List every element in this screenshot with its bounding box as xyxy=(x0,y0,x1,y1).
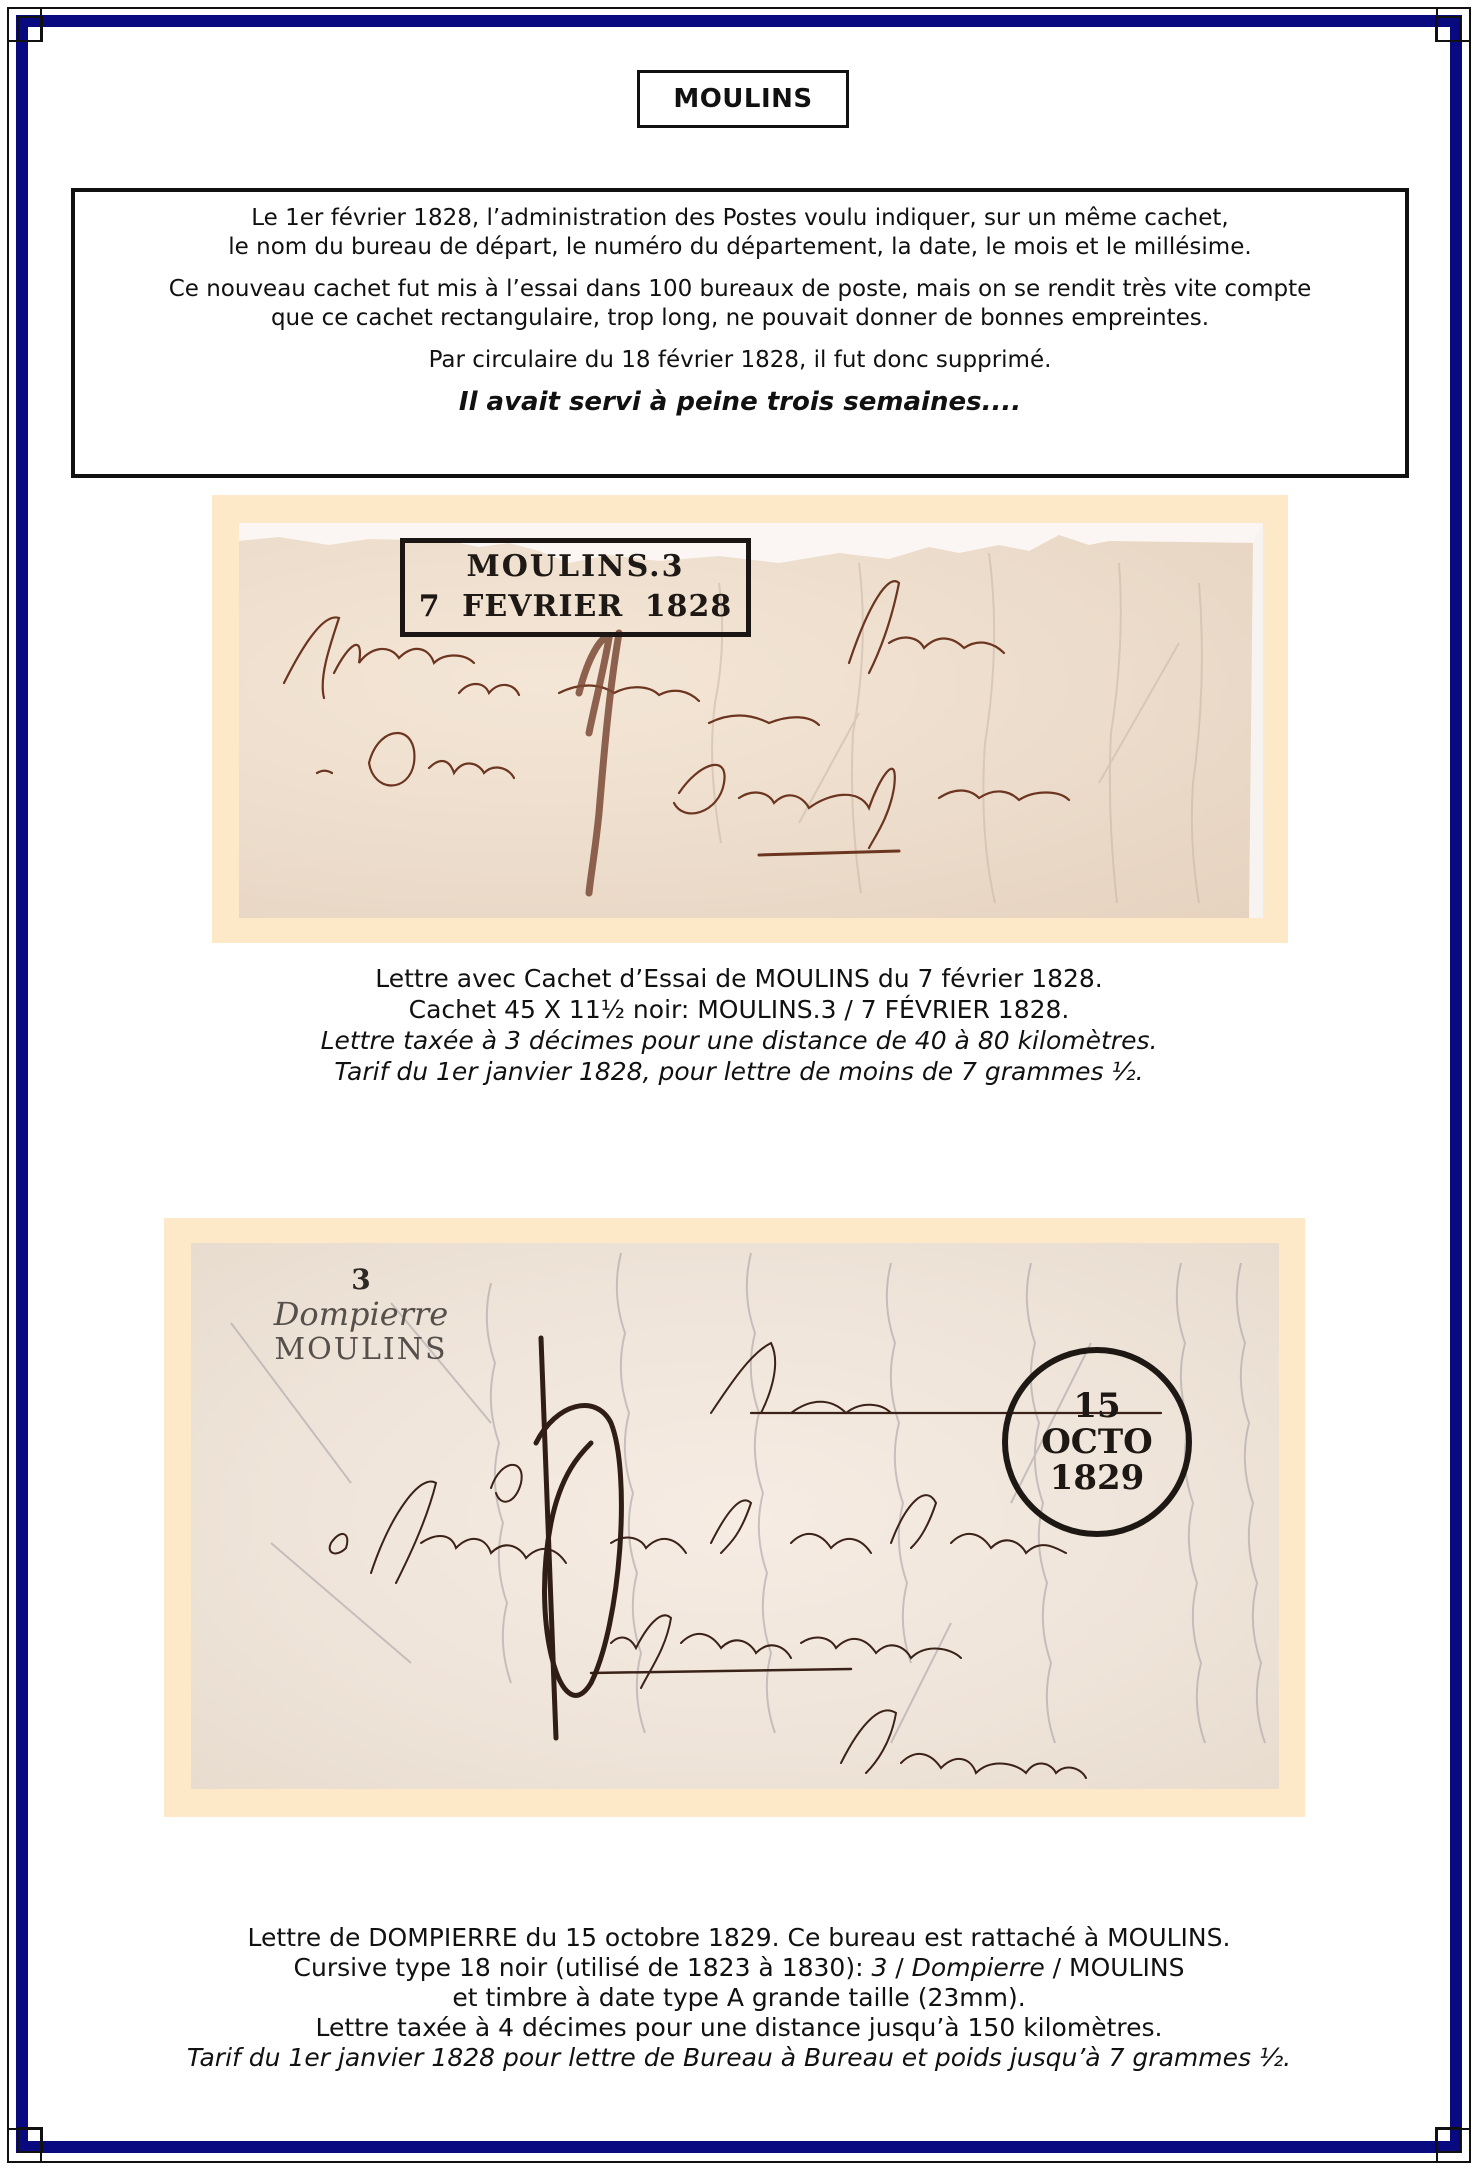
caption-fragment: / MOULINS xyxy=(1045,1953,1185,1982)
corner-ornament xyxy=(1435,16,1461,42)
letter-1-caption: Lettre avec Cachet d’Essai de MOULINS du… xyxy=(60,963,1418,1087)
corner-ornament xyxy=(1435,2127,1461,2153)
intro-emphasis: Il avait servi à peine trois semaines...… xyxy=(75,388,1405,417)
corner-ornament xyxy=(17,16,43,42)
circular-date-stamp: 15 OCTO 1829 xyxy=(1002,1347,1192,1537)
date-stamp-day: 15 xyxy=(1073,1388,1120,1424)
letter-2-photo-frame: 3 Dompierre MOULINS 15 OCTO 1829 xyxy=(164,1218,1305,1817)
intro-paragraph: Le 1er février 1828, l’administration de… xyxy=(75,204,1405,262)
letter-1-photo-frame: MOULINS.3 7 FEVRIER 1828 xyxy=(212,495,1288,943)
stamp-line-1: MOULINS.3 xyxy=(405,547,746,587)
caption-line: Cursive type 18 noir (utilisé de 1823 à … xyxy=(60,1953,1418,1983)
intro-paragraph: Ce nouveau cachet fut mis à l’essai dans… xyxy=(75,275,1405,333)
intro-paragraph: Par circulaire du 18 février 1828, il fu… xyxy=(75,346,1405,375)
cursive-town-mark: 3 Dompierre MOULINS xyxy=(231,1263,491,1368)
cursive-mark-line-3: MOULINS xyxy=(231,1332,491,1368)
letter-2-caption: Lettre de DOMPIERRE du 15 octobre 1829. … xyxy=(60,1923,1418,2073)
date-stamp-year: 1829 xyxy=(1050,1460,1145,1496)
letter-1-image: MOULINS.3 7 FEVRIER 1828 xyxy=(239,523,1263,918)
caption-line: Cachet 45 X 11½ noir: MOULINS.3 / 7 FÉVR… xyxy=(60,994,1418,1025)
intro-line: Ce nouveau cachet fut mis à l’essai dans… xyxy=(169,276,1312,302)
page-title: MOULINS xyxy=(637,70,849,128)
rectangular-date-cancel: MOULINS.3 7 FEVRIER 1828 xyxy=(400,538,751,637)
caption-line: Lettre avec Cachet d’Essai de MOULINS du… xyxy=(60,963,1418,994)
caption-line: Lettre de DOMPIERRE du 15 octobre 1829. … xyxy=(60,1923,1418,1953)
intro-line: Par circulaire du 18 février 1828, il fu… xyxy=(429,347,1052,373)
intro-line: le nom du bureau de départ, le numéro du… xyxy=(228,234,1251,260)
caption-fragment: 3 xyxy=(871,1953,887,1982)
stamp-line-2: 7 FEVRIER 1828 xyxy=(405,587,746,627)
cursive-mark-line-2: Dompierre xyxy=(231,1296,491,1332)
letter-2-image: 3 Dompierre MOULINS 15 OCTO 1829 xyxy=(191,1243,1279,1789)
caption-fragment: Cursive type 18 noir (utilisé de 1823 à … xyxy=(294,1953,872,1982)
caption-line: Lettre taxée à 4 décimes pour une distan… xyxy=(60,2013,1418,2043)
caption-line: et timbre à date type A grande taille (2… xyxy=(60,1983,1418,2013)
intro-text-box: Le 1er février 1828, l’administration de… xyxy=(71,188,1409,478)
caption-line: Lettre taxée à 3 décimes pour une distan… xyxy=(60,1025,1418,1056)
caption-line: Tarif du 1er janvier 1828 pour lettre de… xyxy=(60,2043,1418,2073)
intro-line: que ce cachet rectangulaire, trop long, … xyxy=(271,305,1209,331)
caption-line: Tarif du 1er janvier 1828, pour lettre d… xyxy=(60,1056,1418,1087)
cursive-mark-line-1: 3 xyxy=(231,1263,491,1296)
date-stamp-month: OCTO xyxy=(1041,1424,1153,1460)
intro-line: Le 1er février 1828, l’administration de… xyxy=(251,205,1228,231)
corner-ornament xyxy=(17,2127,43,2153)
caption-fragment: Dompierre xyxy=(912,1953,1045,1982)
letter-1-paper-texture xyxy=(239,523,1263,918)
caption-fragment: / xyxy=(887,1953,911,1982)
